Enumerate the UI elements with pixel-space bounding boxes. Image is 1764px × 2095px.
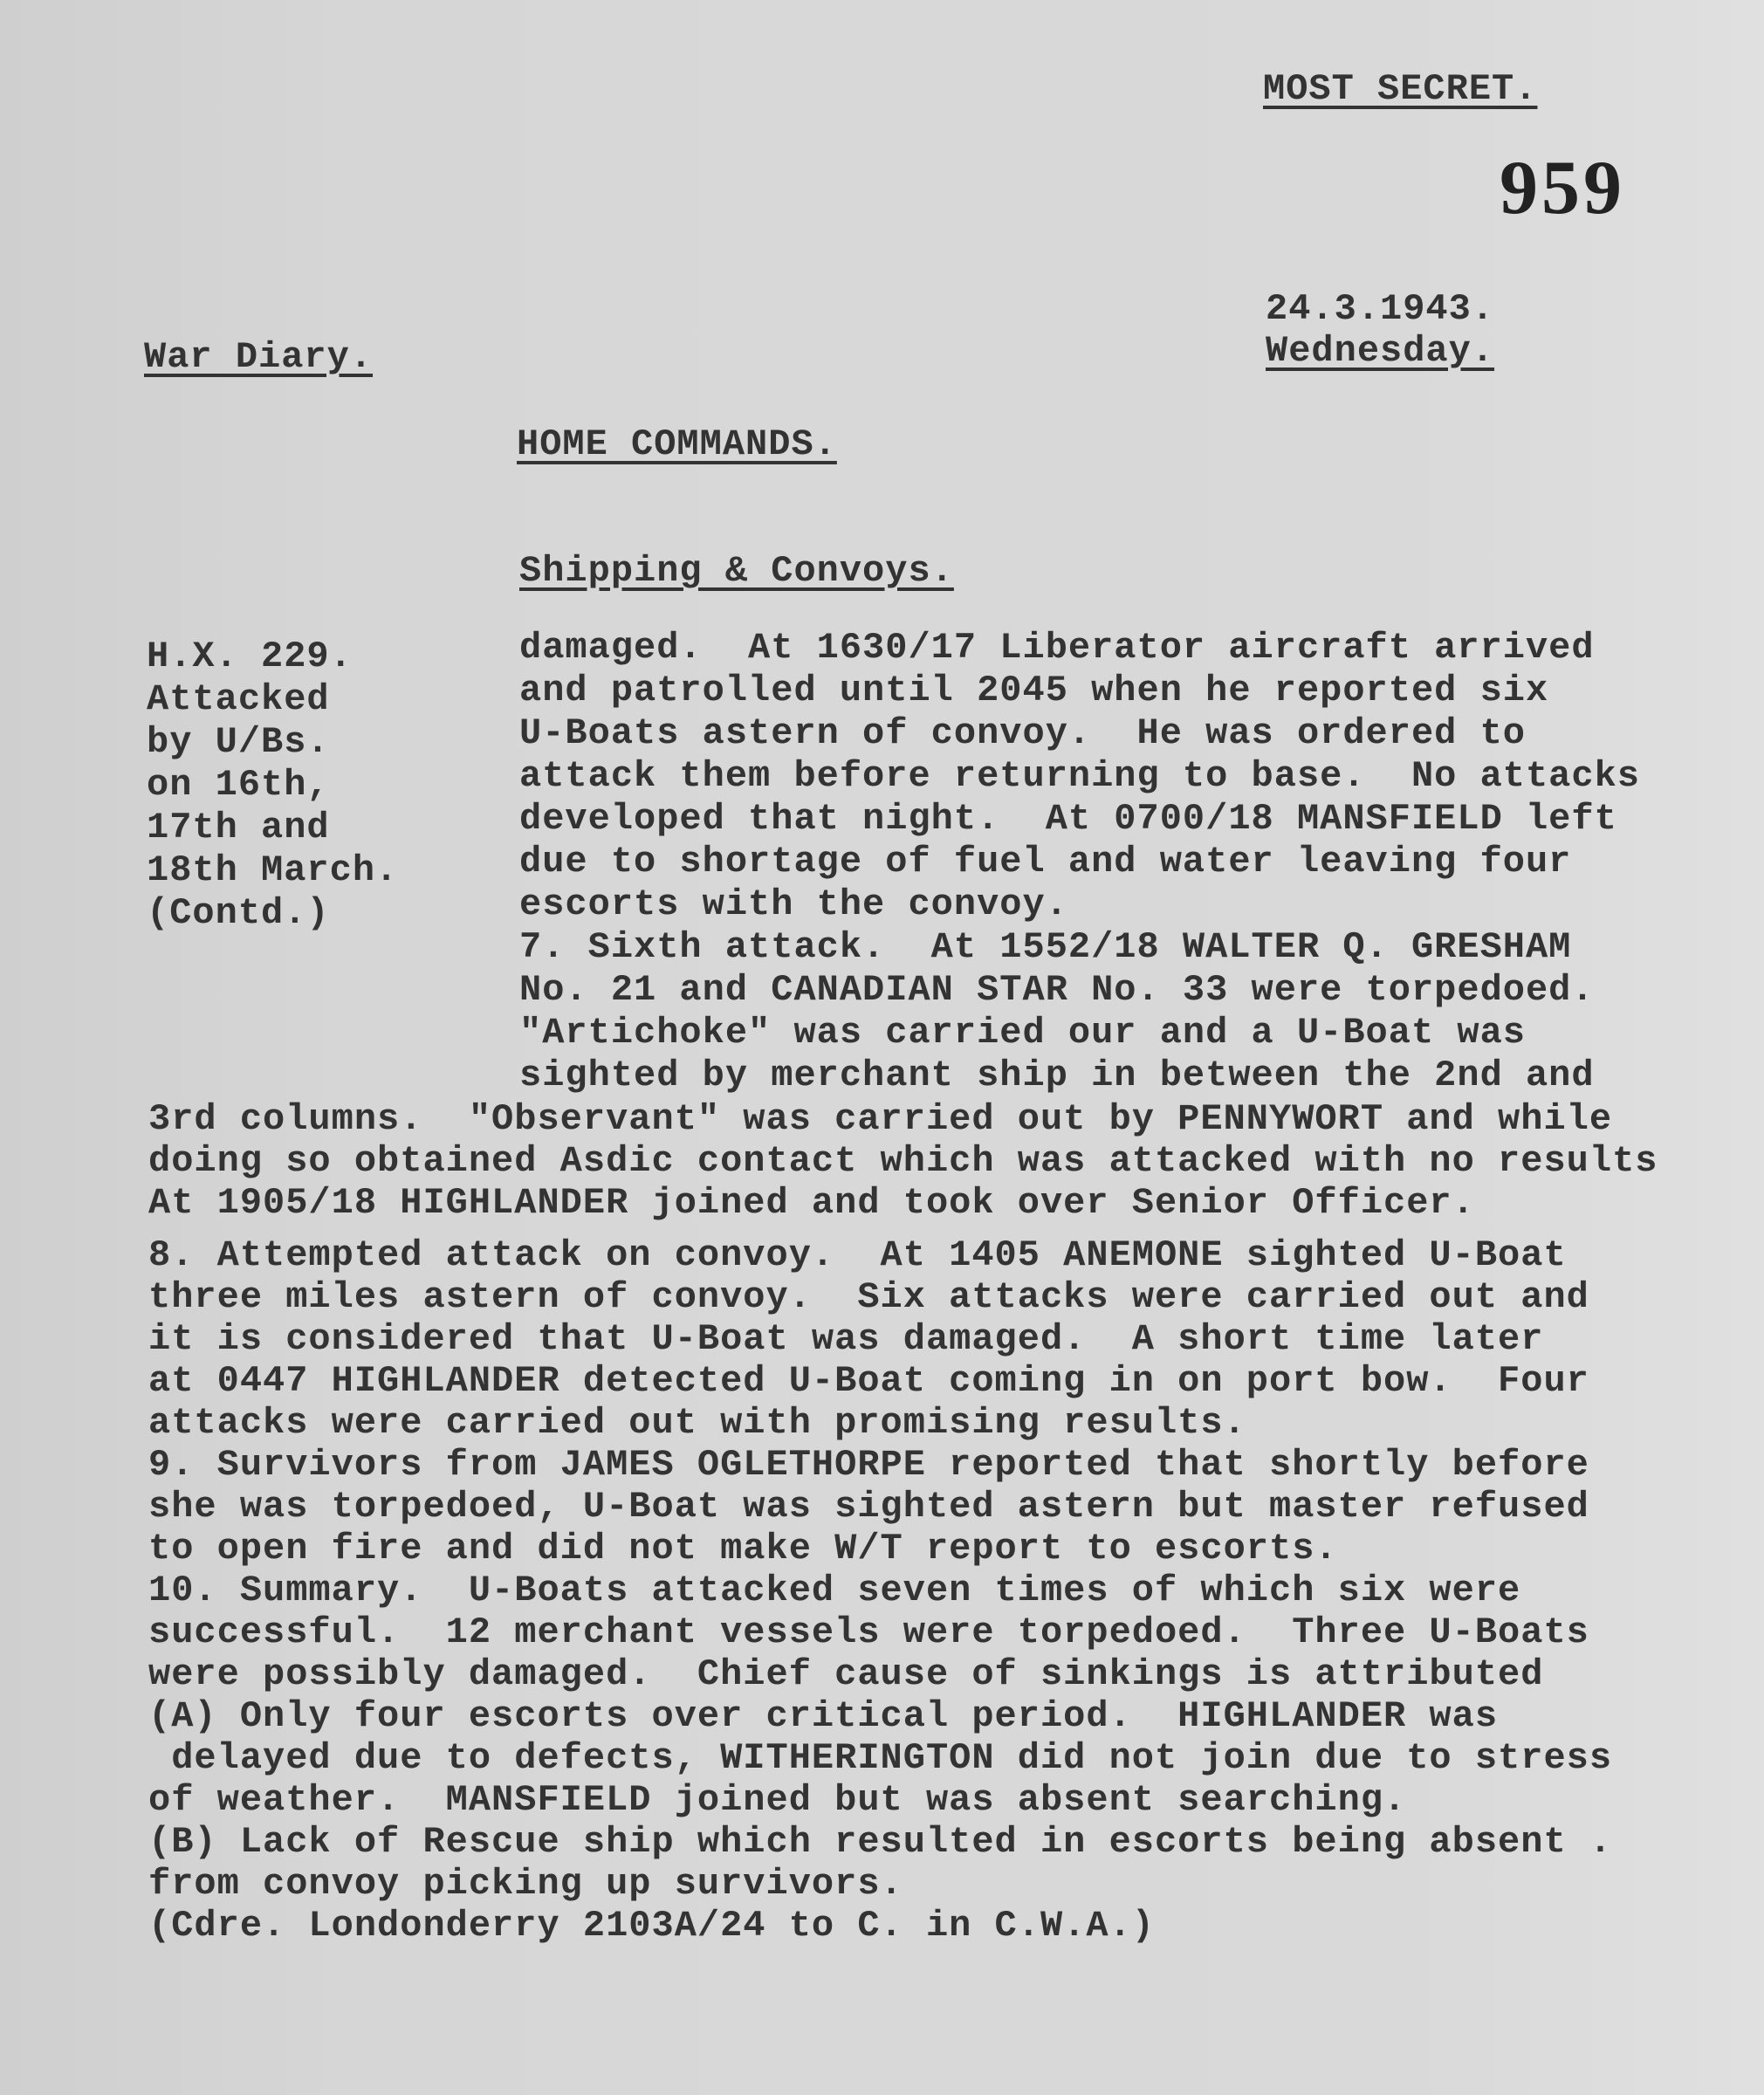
paragraph-10-line: 10. Summary. U-Boats attacked seven time…: [148, 1570, 1658, 1611]
body-line: and patrolled until 2045 when he reporte…: [519, 670, 1640, 712]
paragraph-8-line: it is considered that U-Boat was damaged…: [148, 1318, 1658, 1360]
margin-note: H.X. 229. Attacked by U/Bs. on 16th, 17t…: [147, 635, 398, 935]
body-line: due to shortage of fuel and water leavin…: [519, 841, 1640, 883]
body-line: escorts with the convoy.: [519, 883, 1640, 926]
margin-note-line: 17th and: [147, 807, 398, 849]
document-title: War Diary.: [144, 336, 373, 378]
paragraph-7-line: sighted by merchant ship in between the …: [519, 1054, 1640, 1097]
paragraph-10-line: were possibly damaged. Chief cause of si…: [148, 1653, 1658, 1695]
paragraph-10-line: of weather. MANSFIELD joined but was abs…: [148, 1779, 1658, 1821]
page-number: 959: [1500, 144, 1625, 232]
paragraph-8-line: 8. Attempted attack on convoy. At 1405 A…: [148, 1234, 1658, 1276]
margin-note-line: (Contd.): [147, 892, 398, 935]
body-line: developed that night. At 0700/18 MANSFIE…: [519, 798, 1640, 841]
margin-note-line: H.X. 229.: [147, 635, 398, 678]
margin-note-line: on 16th,: [147, 764, 398, 807]
body-full-width-text: 3rd columns. "Observant" was carried out…: [148, 1098, 1658, 1947]
paragraph-9-line: she was torpedoed, U-Boat was sighted as…: [148, 1486, 1658, 1528]
margin-note-line: by U/Bs.: [147, 721, 398, 764]
paragraph-8-line: attacks were carried out with promising …: [148, 1402, 1658, 1444]
paragraph-9-line: to open fire and did not make W/T report…: [148, 1528, 1658, 1570]
paragraph-9-line: 9. Survivors from JAMES OGLETHORPE repor…: [148, 1444, 1658, 1486]
body-indented-text: damaged. At 1630/17 Liberator aircraft a…: [519, 627, 1640, 1097]
classification-marking: MOST SECRET.: [1263, 68, 1537, 110]
paragraph-7-line: 7. Sixth attack. At 1552/18 WALTER Q. GR…: [519, 926, 1640, 969]
source-reference: (Cdre. Londonderry 2103A/24 to C. in C.W…: [148, 1905, 1658, 1947]
paragraph-10-line: from convoy picking up survivors.: [148, 1863, 1658, 1905]
paragraph-10-line: delayed due to defects, WITHERINGTON did…: [148, 1737, 1658, 1779]
paragraph-7-line: "Artichoke" was carried our and a U-Boat…: [519, 1012, 1640, 1054]
diary-weekday: Wednesday.: [1266, 330, 1564, 372]
section-heading: HOME COMMANDS.: [517, 423, 837, 465]
body-line: damaged. At 1630/17 Liberator aircraft a…: [519, 627, 1640, 670]
paragraph-8-line: three miles astern of convoy. Six attack…: [148, 1276, 1658, 1318]
margin-note-line: Attacked: [147, 678, 398, 721]
margin-note-line: 18th March.: [147, 849, 398, 892]
paragraph-7-line: 3rd columns. "Observant" was carried out…: [148, 1098, 1658, 1140]
paragraph-7-line: At 1905/18 HIGHLANDER joined and took ov…: [148, 1182, 1658, 1224]
paragraph-7-line: No. 21 and CANADIAN STAR No. 33 were tor…: [519, 969, 1640, 1012]
diary-date: 24.3.1943.: [1266, 288, 1494, 330]
paragraph-7-line: doing so obtained Asdic contact which wa…: [148, 1140, 1658, 1182]
body-line: attack them before returning to base. No…: [519, 755, 1640, 798]
paragraph-10-line: (B) Lack of Rescue ship which resulted i…: [148, 1821, 1658, 1863]
paragraph-8-line: at 0447 HIGHLANDER detected U-Boat comin…: [148, 1360, 1658, 1402]
body-line: U-Boats astern of convoy. He was ordered…: [519, 712, 1640, 755]
document-page: MOST SECRET. 959 24.3.1943. Wednesday. W…: [0, 0, 1764, 2095]
paragraph-10-line: successful. 12 merchant vessels were tor…: [148, 1611, 1658, 1653]
paragraph-10-line: (A) Only four escorts over critical peri…: [148, 1695, 1658, 1737]
subsection-heading: Shipping & Convoys.: [519, 550, 954, 592]
